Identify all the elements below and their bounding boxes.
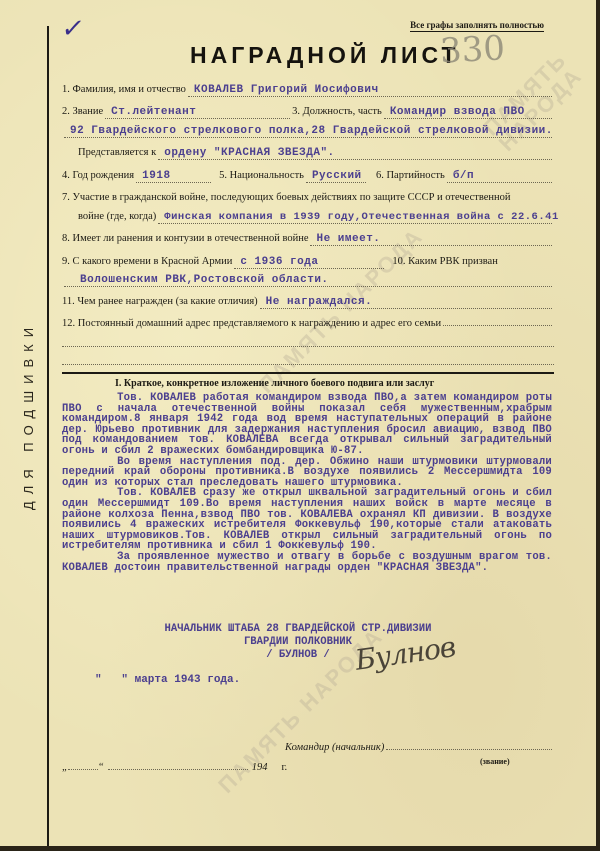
field-name: 1. Фамилия, имя и отчество КОВАЛЕВ Григо… <box>62 84 554 97</box>
rank-caption: (звание) <box>480 757 510 766</box>
field-value: Не имеет. <box>310 233 552 246</box>
field-value: Ст.лейтенант <box>105 106 290 119</box>
field-label: 12. Постоянный домашний адрес представля… <box>62 318 441 329</box>
field-value: ордену "КРАСНАЯ ЗВЕЗДА". <box>158 147 552 160</box>
field-label: 1. Фамилия, имя и отчество <box>62 84 186 95</box>
field-label: 3. Должность, часть <box>292 106 382 117</box>
paragraph: Тов. КОВАЛЕВ сразу же открыл шквальной з… <box>62 488 552 552</box>
field-label: 8. Имеет ли ранения и контузии в отечест… <box>62 233 308 244</box>
page-title: НАГРАДНОЙ ЛИСТ <box>190 42 460 69</box>
field-value: Финская компания в 1939 году,Отечественн… <box>158 211 552 224</box>
typed-date: " " марта 1943 года. <box>95 674 240 686</box>
signature-block: НАЧАЛЬНИК ШТАБА 28 ГВАРДЕЙСКОЙ СТР.ДИВИЗ… <box>0 623 596 662</box>
field-value: Командир взвода ПВО <box>384 106 552 119</box>
commander-label: Командир (начальник) <box>285 742 384 753</box>
field-label: 4. Год рождения <box>62 170 134 181</box>
field-value: 92 Гвардейского стрелкового полка,28 Гва… <box>64 125 552 138</box>
field-label: 6. Партийность <box>376 170 445 181</box>
field-participation: 7. Участие в гражданской войне, последую… <box>62 192 554 203</box>
field-value: с 1936 года <box>234 256 384 269</box>
address-line <box>62 346 554 347</box>
field-rvk-value: Волошенским РВК,Ростовской области. <box>62 274 554 287</box>
month-blank <box>108 769 248 770</box>
year-suffix: г. <box>281 762 287 773</box>
award-sheet: ПАМЯТЬ НАРОДА ПАМЯТЬ НАРОДА ПАМЯТЬ НАРОД… <box>0 0 596 846</box>
field-previous-awards: 11. Чем ранее награжден (за какие отличи… <box>62 296 554 309</box>
field-label: 7. Участие в гражданской войне, последую… <box>62 192 511 203</box>
day-blank <box>68 769 98 770</box>
signer-name: / БУЛНОВ / <box>0 649 596 662</box>
field-unit-continuation: 92 Гвардейского стрелкового полка,28 Гва… <box>62 125 554 138</box>
year-prefix: 194 <box>252 762 268 773</box>
field-label: Представляется к <box>78 147 156 158</box>
signer-title: НАЧАЛЬНИК ШТАБА 28 ГВАРДЕЙСКОЙ СТР.ДИВИЗ… <box>0 623 596 636</box>
field-participation-value: войне (где, когда) Финская компания в 19… <box>62 211 554 224</box>
field-wounds: 8. Имеет ли ранения и контузии в отечест… <box>62 233 554 246</box>
field-value: Волошенским РВК,Ростовской области. <box>64 274 552 287</box>
field-service-since: 9. С какого времени в Красной Армии с 19… <box>62 256 554 269</box>
field-label: войне (где, когда) <box>78 211 156 222</box>
field-label: 10. Каким РВК призван <box>392 256 497 267</box>
field-value: КОВАЛЕВ Григорий Иосифович <box>188 84 552 97</box>
merit-description: Тов. КОВАЛЕВ работая командиром взвода П… <box>62 393 552 573</box>
field-rank-position: 2. Звание Ст.лейтенант 3. Должность, час… <box>62 106 554 119</box>
blank-date: „“ 194 г. <box>62 762 287 773</box>
field-value: 1918 <box>136 170 211 183</box>
commander-blank <box>386 749 552 750</box>
section-divider <box>62 372 554 374</box>
paragraph: Во время наступления под. дер. Обжино на… <box>62 457 552 489</box>
field-value <box>443 325 552 326</box>
archive-number: 330 <box>439 28 506 71</box>
address-line <box>62 364 554 365</box>
paragraph: За проявленное мужество и отвагу в борьб… <box>62 552 552 573</box>
field-label: 11. Чем ранее награжден (за какие отличи… <box>62 296 258 307</box>
binding-margin-line <box>47 26 49 846</box>
field-label: 5. Национальность <box>219 170 304 181</box>
check-mark-icon: ✓ <box>59 14 86 44</box>
field-value: Русский <box>306 170 366 183</box>
commander-line: Командир (начальник) <box>285 742 552 753</box>
field-value: Не награждался. <box>260 296 552 309</box>
field-label: 9. С какого времени в Красной Армии <box>62 256 232 267</box>
field-label: 2. Звание <box>62 106 103 117</box>
binding-label: ДЛЯ ПОДШИВКИ <box>14 300 44 530</box>
field-value: б/п <box>447 170 552 183</box>
paragraph: Тов. КОВАЛЕВ работая командиром взвода П… <box>62 393 552 457</box>
field-nominated: Представляется к ордену "КРАСНАЯ ЗВЕЗДА"… <box>62 147 554 160</box>
signer-rank: ГВАРДИИ ПОЛКОВНИК <box>0 636 596 649</box>
section-heading: I. Краткое, конкретное изложение личного… <box>115 378 434 389</box>
field-home-address: 12. Постоянный домашний адрес представля… <box>62 318 554 329</box>
field-birth-nationality-party: 4. Год рождения 1918 5. Национальность Р… <box>62 170 554 183</box>
